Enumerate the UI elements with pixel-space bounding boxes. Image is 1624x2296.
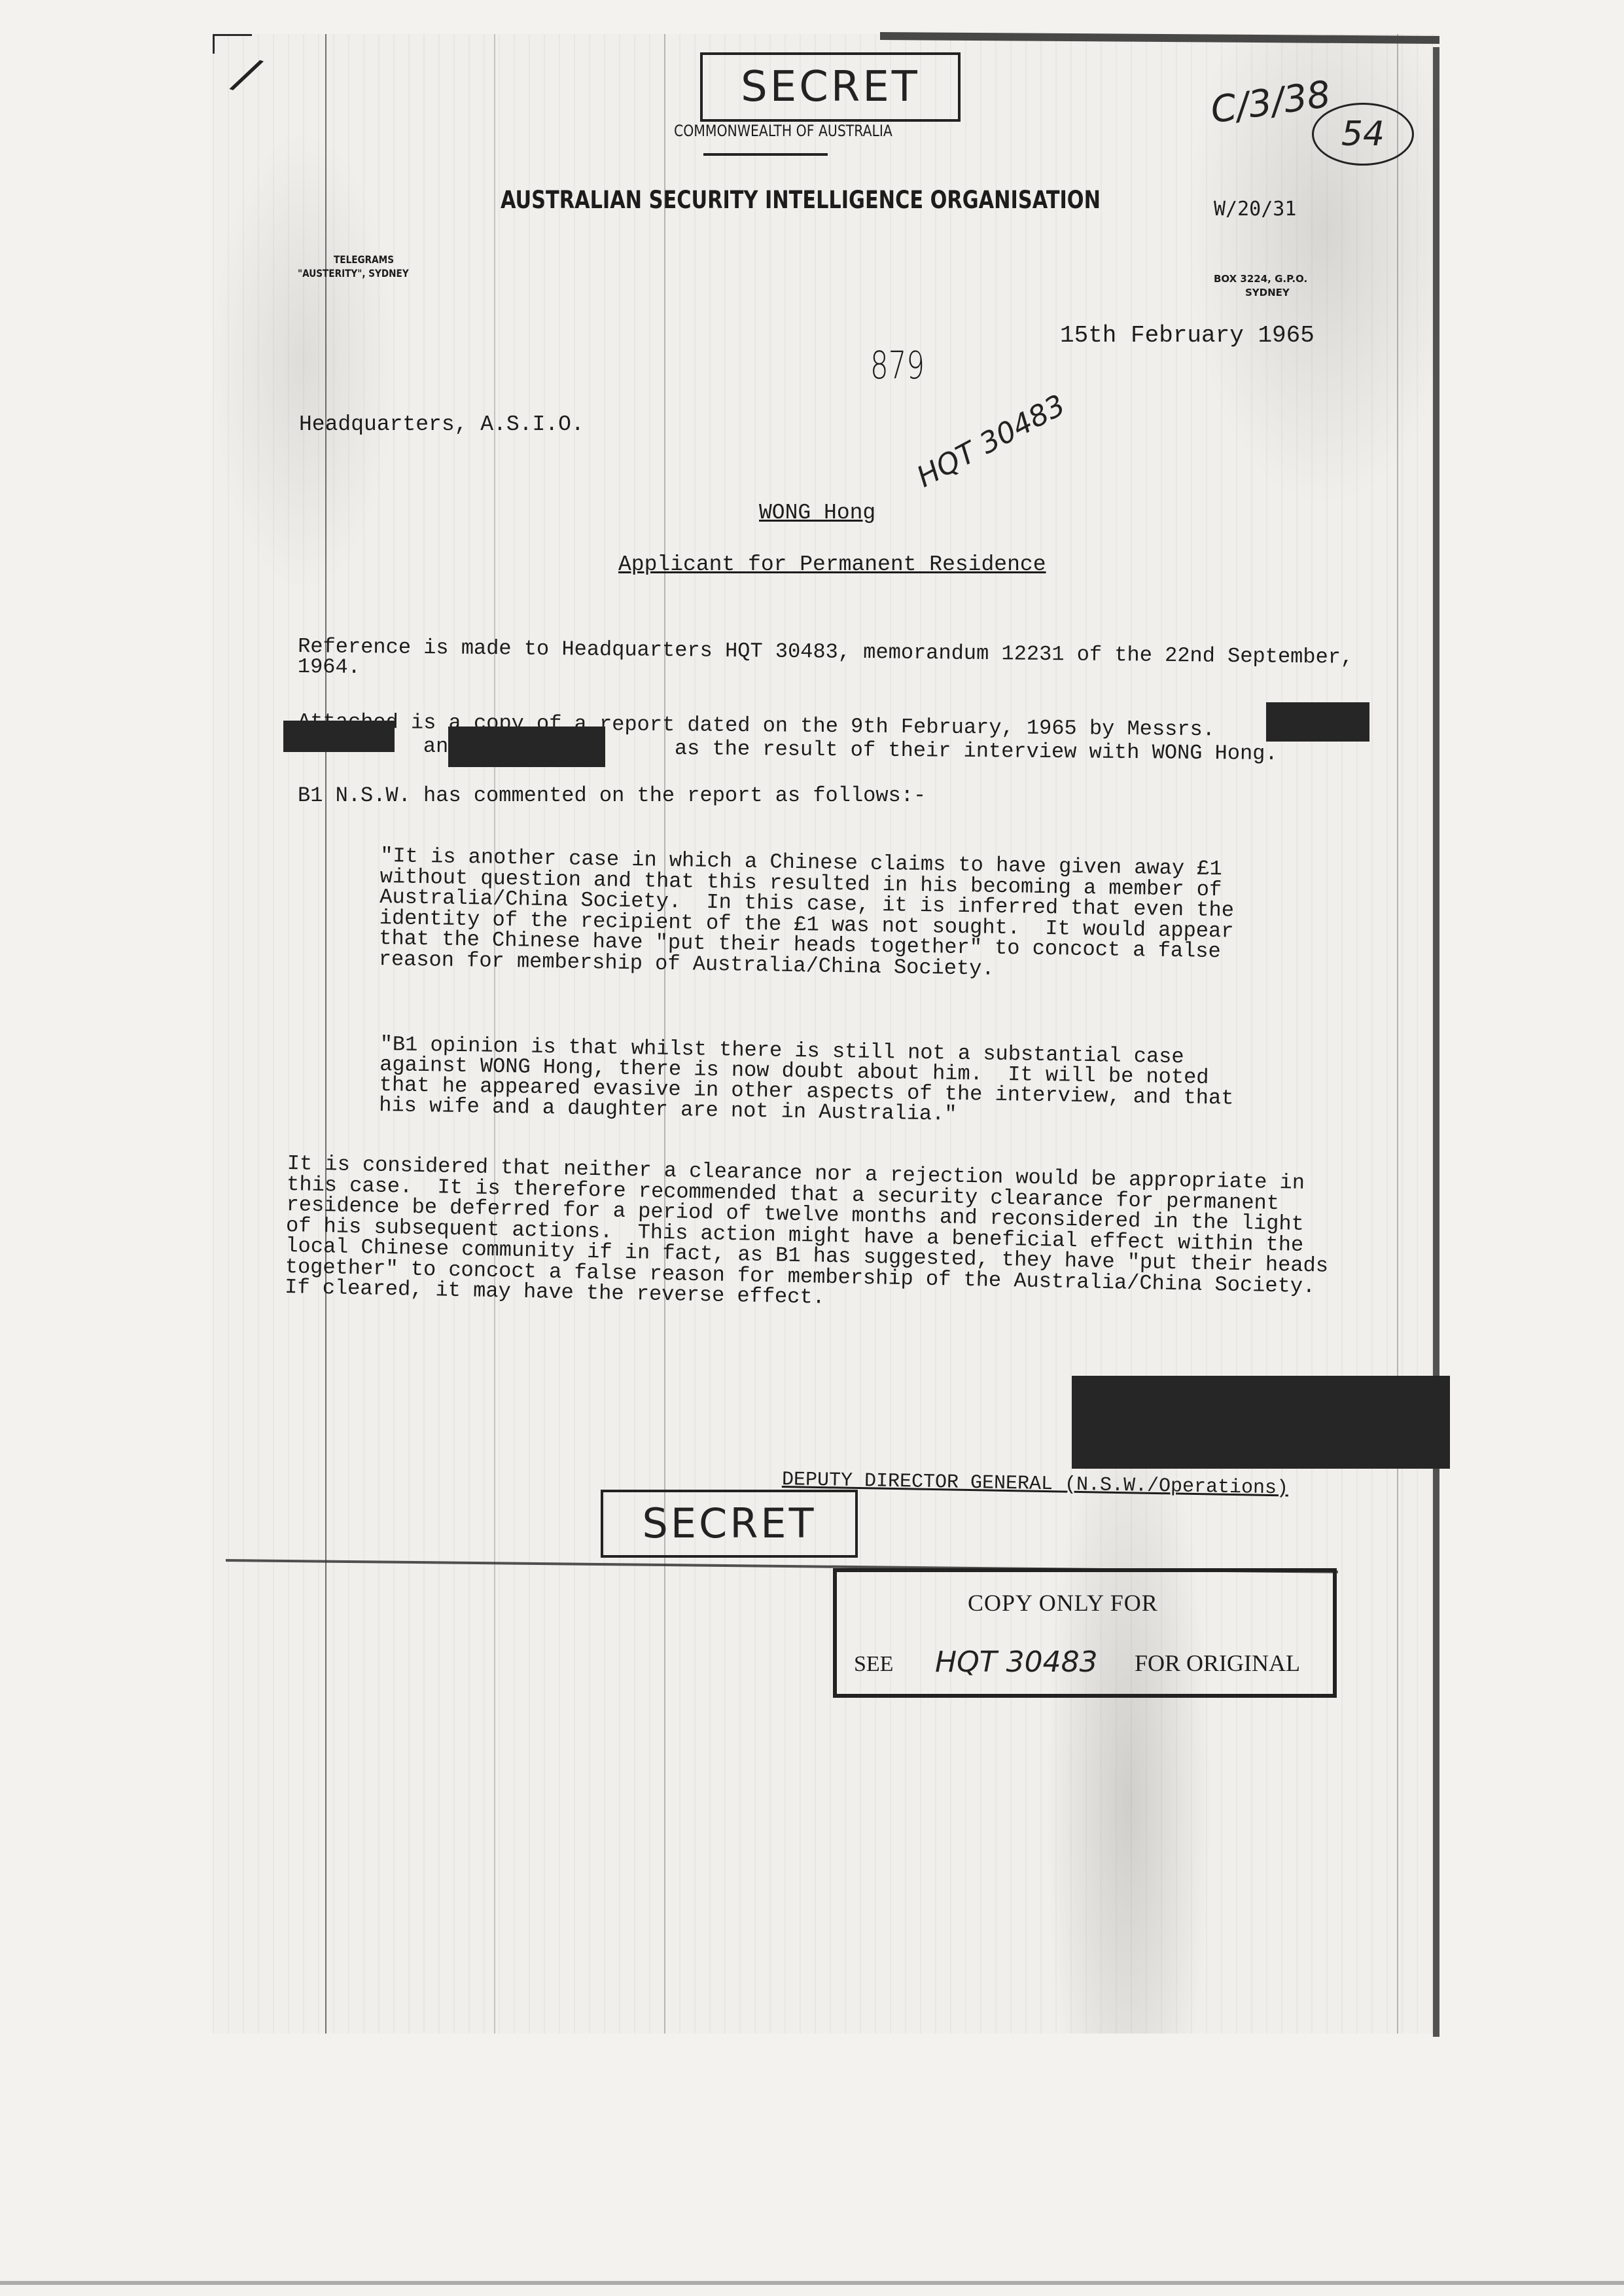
copy-only-label: COPY ONLY FOR: [968, 1589, 1158, 1617]
quoted-comment-1: "It is another case in which a Chinese c…: [379, 846, 1235, 982]
paragraph-comment-intro: B1 N.S.W. has commented on the report as…: [298, 785, 926, 806]
postal-box-line: BOX 3224, G.P.O.: [1214, 273, 1307, 285]
paragraph-attachment: Attached is a copy of a report dated on …: [298, 710, 1278, 766]
copy-corner-mark: [213, 34, 215, 54]
secret-stamp-top: SECRET: [700, 52, 961, 122]
redaction-block: [448, 726, 605, 767]
original-file-reference: HQT 30483: [935, 1645, 1098, 1679]
redaction-block: [1266, 702, 1369, 742]
addressee: Headquarters, A.S.I.O.: [299, 412, 584, 437]
organisation-name: AUSTRALIAN SECURITY INTELLIGENCE ORGANIS…: [501, 186, 1101, 214]
document-number: 879: [870, 343, 925, 387]
copy-only-stamp: COPY ONLY FOR SEE HQT 30483 FOR ORIGINAL: [833, 1568, 1337, 1698]
handwritten-hqt-reference: HQT 30483: [911, 388, 1070, 494]
photocopied-memo-page: SECRET COMMONWEALTH OF AUSTRALIA AUSTRAL…: [213, 34, 1439, 2034]
typed-file-reference: W/20/31: [1214, 198, 1296, 221]
quoted-comment-2: "B1 opinion is that whilst there is stil…: [379, 1034, 1235, 1128]
signature-redaction: [1072, 1376, 1450, 1469]
scanner-bottom-edge: [0, 2281, 1624, 2285]
header-divider: [703, 153, 828, 156]
paragraph-reference: Reference is made to Headquarters HQT 30…: [298, 636, 1354, 688]
memo-date: 15th February 1965: [1060, 322, 1315, 349]
postal-city-line: SYDNEY: [1245, 287, 1290, 298]
scan-streak: [1397, 34, 1398, 2034]
see-label: SEE: [854, 1652, 893, 1677]
copy-edge-right: [1433, 47, 1439, 2037]
copy-corner-mark: [213, 34, 252, 36]
subject-title: Applicant for Permanent Residence: [618, 552, 1046, 577]
circled-folio-number: 54: [1312, 103, 1414, 166]
for-original-label: FOR ORIGINAL: [1135, 1649, 1300, 1677]
paragraph-recommendation: It is considered that neither a clearanc…: [285, 1153, 1330, 1318]
telegrams-label: TELEGRAMS: [334, 253, 394, 266]
telegrams-address: "AUSTERITY", SYDNEY: [298, 267, 409, 279]
copy-edge-top: [880, 32, 1439, 44]
redaction-block: [283, 721, 395, 752]
scan-streak: [664, 34, 665, 2034]
margin-handwritten-mark: /: [230, 46, 263, 101]
commonwealth-heading: COMMONWEALTH OF AUSTRALIA: [674, 122, 892, 140]
subject-name: WONG Hong: [759, 501, 875, 525]
secret-stamp-bottom: SECRET: [601, 1490, 858, 1558]
margin-rule-line: [325, 34, 327, 2034]
